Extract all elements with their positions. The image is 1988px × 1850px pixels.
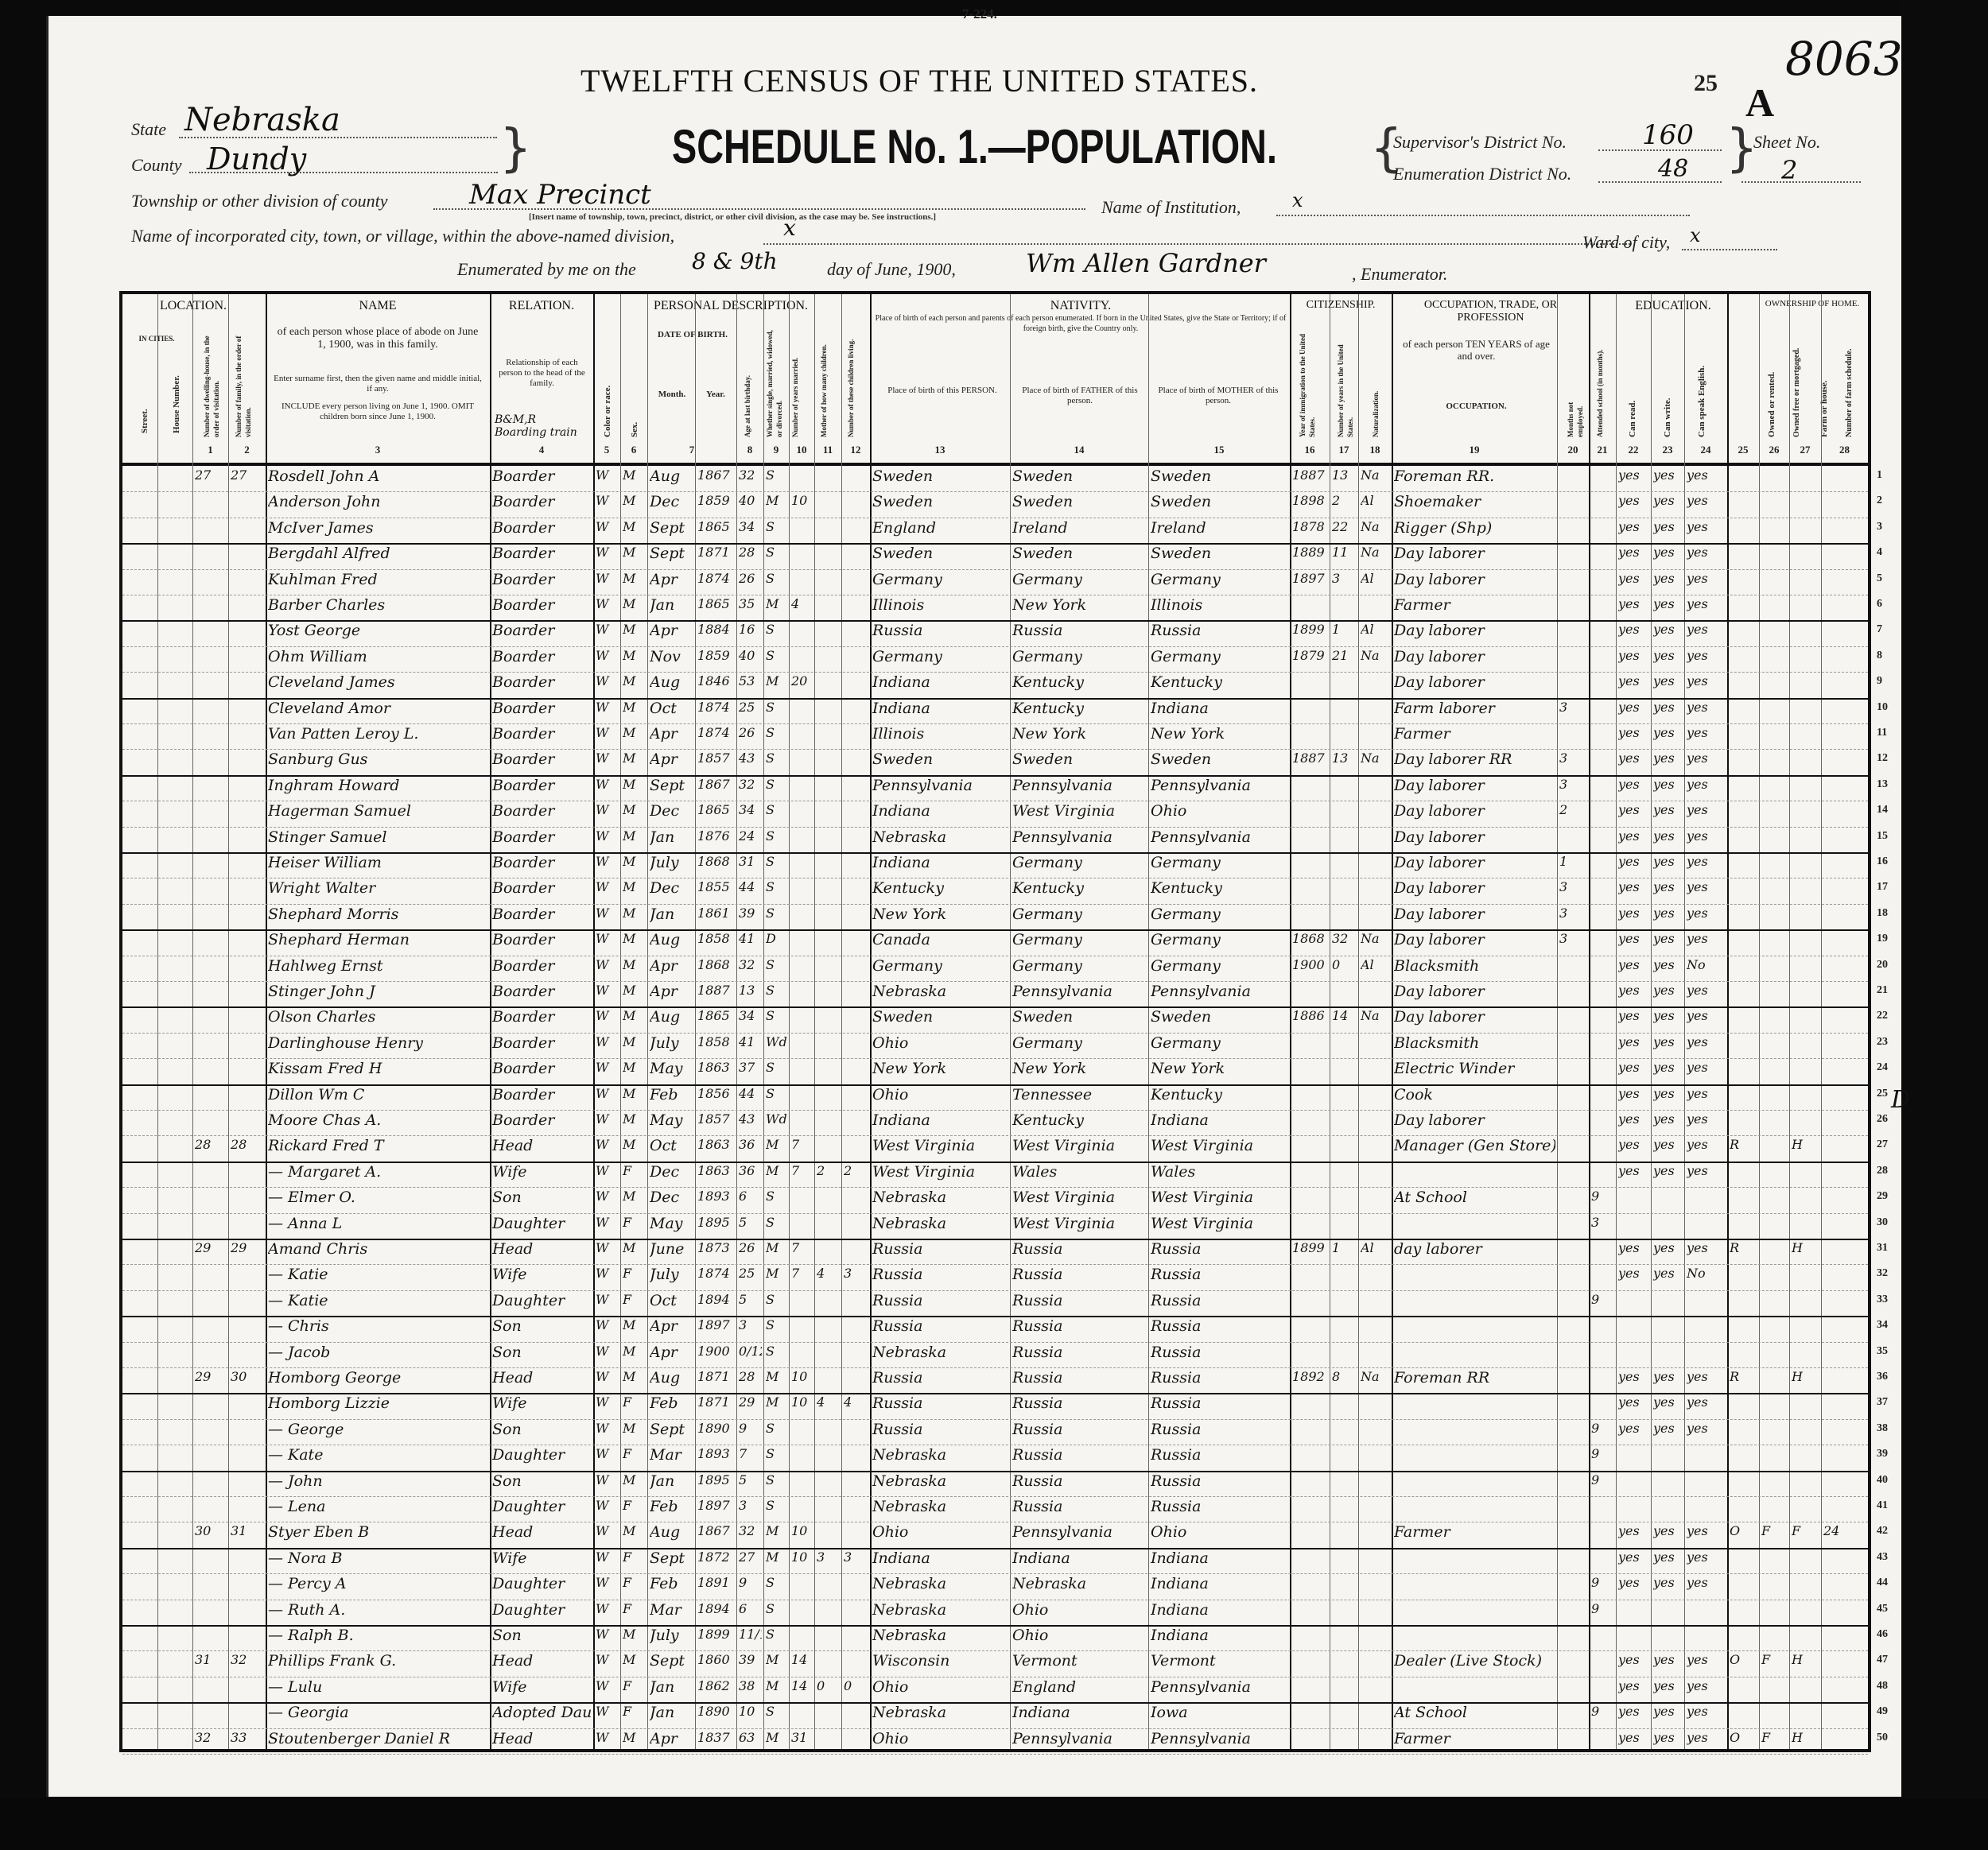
cell-school: 3 (1591, 1215, 1614, 1230)
cell-color: W (596, 879, 619, 894)
cell-age: 27 (739, 1549, 762, 1565)
cell-english: yes (1687, 1549, 1726, 1565)
cell-birth-person: New York (872, 1060, 1008, 1077)
cell-year: 1899 (697, 1627, 735, 1642)
cell-age: 13 (739, 983, 762, 998)
naturalization-header: Naturalization. (1371, 358, 1380, 437)
cell-birth-mother: Russia (1151, 1369, 1288, 1387)
cell-marital: S (766, 1189, 787, 1204)
cell-relation: Boarder (492, 467, 592, 485)
line-number: 27 (1877, 1138, 1888, 1151)
cell-read: yes (1618, 1369, 1649, 1384)
county-value: Dundy (207, 142, 306, 176)
cell-month: Jan (650, 828, 693, 846)
cell-age: 40 (739, 648, 762, 663)
cell-school: 9 (1591, 1446, 1614, 1461)
month-header: Month. (649, 390, 695, 400)
line-number: 31 (1877, 1242, 1888, 1255)
cell-occupation: Day laborer (1394, 648, 1555, 665)
cell-occupation: At School (1394, 1189, 1555, 1206)
cell-yrs-us: 3 (1332, 571, 1357, 586)
cell-birth-father: New York (1012, 596, 1147, 614)
cell-birth-mother: Iowa (1151, 1704, 1288, 1721)
cell-write: yes (1653, 725, 1683, 740)
cell-month: Sept (650, 1421, 693, 1438)
cell-occupation: Day laborer (1394, 854, 1555, 871)
cell-birth-father: Kentucky (1012, 700, 1147, 717)
cell-age: 24 (739, 828, 762, 844)
cell-year: 1884 (697, 622, 735, 637)
cell-sex: F (623, 1215, 646, 1230)
cell-name: — Nora B (268, 1549, 488, 1567)
years-married-header: Number of years married. (790, 326, 800, 437)
cell-color: W (596, 1730, 619, 1745)
cell-read: yes (1618, 1575, 1649, 1590)
nativity-description: Place of birth of each person and parent… (874, 313, 1287, 334)
cell-sex: M (623, 1189, 646, 1204)
cell-name: Rosdell John A (268, 467, 488, 485)
cell-birth-father: Sweden (1012, 750, 1147, 768)
cell-occupation: Dealer (Live Stock) (1394, 1652, 1555, 1670)
cell-sex: F (623, 1704, 646, 1719)
cell-month: Jan (650, 1678, 693, 1696)
cell-color: W (596, 1498, 619, 1513)
can-speak-english-header: Can speak English. (1697, 342, 1706, 437)
cell-year: 1861 (697, 906, 735, 921)
cell-occupation: Cook (1394, 1086, 1555, 1103)
cell-month: Feb (650, 1394, 693, 1412)
table-row: — LuluWifeWFJan186238M1400OhioEnglandPen… (122, 1677, 1868, 1704)
cell-yrs-married: 10 (791, 493, 813, 508)
cell-color: W (596, 1317, 619, 1332)
cell-sex: M (623, 1240, 646, 1255)
cell-birth-person: Pennsylvania (872, 777, 1008, 794)
cell-sex: M (623, 622, 646, 637)
cell-sex: M (623, 1369, 646, 1384)
cell-birth-mother: Russia (1151, 1344, 1288, 1361)
cell-sex: M (623, 906, 646, 921)
cell-marital: S (766, 1627, 787, 1642)
cell-year: 1859 (697, 493, 735, 508)
cell-age: 43 (739, 750, 762, 766)
cell-month: Apr (650, 983, 693, 1000)
cell-write: yes (1653, 519, 1683, 534)
in-cities-header: IN CITIES. (122, 334, 191, 344)
cell-immig: 1892 (1292, 1369, 1328, 1384)
cell-occupation: Blacksmith (1394, 1034, 1555, 1052)
cell-marital: M (766, 1266, 787, 1281)
cell-month: Dec (650, 1189, 693, 1206)
cell-marital: S (766, 777, 787, 792)
relation-description: Relationship of each person to the head … (496, 358, 588, 389)
cell-school: 9 (1591, 1421, 1614, 1436)
cell-immig: 1898 (1292, 493, 1328, 508)
township-value: Max Precinct (469, 179, 651, 211)
column-number: 2 (228, 444, 266, 456)
cell-color: W (596, 1086, 619, 1101)
cell-relation: Boarder (492, 1086, 592, 1103)
cell-month: Oct (650, 700, 693, 717)
cell-read: yes (1618, 1421, 1649, 1436)
cell-sex: M (623, 493, 646, 508)
cell-birth-father: West Virginia (1012, 1215, 1147, 1232)
cell-month: Sept (650, 545, 693, 562)
cell-write: yes (1653, 1008, 1683, 1023)
column-number: 23 (1651, 444, 1684, 456)
population-table: LOCATION. NAME RELATION. PERSONAL DESCRI… (119, 291, 1871, 1752)
cell-marital: S (766, 725, 787, 740)
line-number: 3 (1877, 521, 1882, 533)
cell-color: W (596, 957, 619, 972)
group-education: EDUCATION. (1590, 299, 1757, 313)
line-number: 28 (1877, 1165, 1888, 1177)
table-row: Homborg LizzieWifeWFFeb187129M1044Russia… (122, 1393, 1868, 1419)
cell-occupation: Day laborer (1394, 571, 1555, 588)
cell-age: 41 (739, 931, 762, 946)
cell-relation: Boarder (492, 648, 592, 665)
cell-marital: M (766, 1137, 787, 1152)
cell-write: yes (1653, 571, 1683, 586)
cell-birth-father: Ohio (1012, 1601, 1147, 1619)
cell-birth-mother: Russia (1151, 1394, 1288, 1412)
cell-write: yes (1653, 673, 1683, 688)
cell-month: Oct (650, 1292, 693, 1309)
cell-sex: F (623, 1446, 646, 1461)
cell-age: 41 (739, 1034, 762, 1049)
cell-relation: Boarder (492, 1034, 592, 1052)
cell-birth-father: Pennsylvania (1012, 983, 1147, 1000)
cell-school: 9 (1591, 1601, 1614, 1616)
cell-write: yes (1653, 467, 1683, 483)
cell-write: yes (1653, 931, 1683, 946)
cell-write: yes (1653, 1575, 1683, 1590)
cell-age: 25 (739, 1266, 762, 1281)
cell-age: 63 (739, 1730, 762, 1745)
cell-age: 44 (739, 879, 762, 894)
cell-immig: 1900 (1292, 957, 1328, 972)
cell-name: — Ruth A. (268, 1601, 488, 1619)
cell-birth-mother: Sweden (1151, 467, 1288, 485)
cell-birth-mother: Indiana (1151, 1601, 1288, 1619)
cell-read: yes (1618, 571, 1649, 586)
cell-birth-mother: Germany (1151, 906, 1288, 923)
table-row: Hagerman SamuelBoarderWMDec186534SIndian… (122, 801, 1868, 827)
cell-relation: Son (492, 1344, 592, 1361)
cell-owned: O (1730, 1652, 1757, 1667)
cell-month: July (650, 854, 693, 871)
cell-sex: M (623, 1008, 646, 1023)
table-row: Olson CharlesBoarderWMAug186534SSwedenSw… (122, 1006, 1868, 1033)
cell-dwelling: 32 (195, 1730, 227, 1745)
cell-year: 1897 (697, 1498, 735, 1513)
table-row: 3233Stoutenberger Daniel RHeadWMApr18376… (122, 1728, 1868, 1755)
table-row: — Margaret A.WifeWFDec186336M722West Vir… (122, 1162, 1868, 1188)
cell-family: 31 (231, 1523, 264, 1538)
cell-month: Aug (650, 467, 693, 485)
cell-english: yes (1687, 622, 1726, 637)
cell-birth-mother: New York (1151, 725, 1288, 743)
ward-label: Ward of city, (1582, 232, 1670, 253)
line-number: 11 (1877, 727, 1887, 739)
cell-birth-father: New York (1012, 725, 1147, 743)
cell-birth-person: Russia (872, 1240, 1008, 1258)
cell-relation: Daughter (492, 1575, 592, 1592)
cell-write: yes (1653, 1704, 1683, 1719)
cell-year: 1872 (697, 1549, 735, 1565)
cell-occupation: Blacksmith (1394, 957, 1555, 975)
cell-name: Shephard Herman (268, 931, 488, 948)
cell-birth-mother: West Virginia (1151, 1215, 1288, 1232)
cell-marital: M (766, 1523, 787, 1538)
cell-birth-father: Nebraska (1012, 1575, 1147, 1592)
cell-birth-person: Ohio (872, 1086, 1008, 1103)
cell-name: Homborg Lizzie (268, 1394, 488, 1412)
cell-yrs-us: 8 (1332, 1369, 1357, 1384)
cell-month: Apr (650, 1344, 693, 1361)
table-row: — JohnSonWMJan18955SNebraskaRussiaRussia… (122, 1471, 1868, 1497)
cell-year: 1837 (697, 1730, 735, 1745)
cell-english: yes (1687, 700, 1726, 715)
table-row: — KateDaughterWFMar18937SNebraskaRussiaR… (122, 1445, 1868, 1472)
cell-nat: Na (1361, 519, 1390, 534)
name-instruction-1: Enter surname first, then the given name… (274, 374, 482, 394)
table-row: 3031Styer Eben BHeadWMAug186732M10OhioPe… (122, 1522, 1868, 1549)
stamp-number: 8063 (1785, 32, 1903, 86)
cell-relation: Son (492, 1189, 592, 1206)
cell-write: yes (1653, 1137, 1683, 1152)
cell-occupation: Farm laborer (1394, 700, 1555, 717)
cell-occupation: Day laborer (1394, 1111, 1555, 1129)
cell-english: yes (1687, 854, 1726, 869)
cell-color: W (596, 1549, 619, 1565)
cell-sex: F (623, 1549, 646, 1565)
cell-birth-person: Ohio (872, 1678, 1008, 1696)
cell-yrs-us: 32 (1332, 931, 1357, 946)
cell-month: Apr (650, 750, 693, 768)
column-number: 26 (1759, 444, 1789, 456)
cell-yrs-married: 20 (791, 673, 813, 688)
supervisor-label: Supervisor's District No. (1393, 132, 1567, 153)
cell-write: yes (1653, 622, 1683, 637)
cell-read: yes (1618, 983, 1649, 998)
brace-icon: } (499, 119, 532, 178)
cell-birth-person: Germany (872, 957, 1008, 975)
cell-marital: Wd (766, 1111, 787, 1127)
cell-yrs-married: 14 (791, 1678, 813, 1693)
cell-relation: Boarder (492, 931, 592, 948)
cell-english: yes (1687, 983, 1726, 998)
cell-age: 43 (739, 1111, 762, 1127)
cell-name: Bergdahl Alfred (268, 545, 488, 562)
cell-color: W (596, 828, 619, 844)
column-number: 14 (1010, 444, 1148, 456)
cell-occupation: Shoemaker (1394, 493, 1555, 510)
enumerator-name: Wm Allen Gardner (1026, 248, 1266, 278)
cell-birth-mother: Indiana (1151, 700, 1288, 717)
birth-mother-header: Place of birth of MOTHER of this person. (1150, 386, 1287, 406)
cell-color: W (596, 1215, 619, 1230)
cell-name: Kissam Fred H (268, 1060, 488, 1077)
cell-farm: H (1792, 1730, 1819, 1745)
cell-birth-person: England (872, 519, 1008, 537)
cell-color: W (596, 1446, 619, 1461)
cell-birth-person: Ohio (872, 1523, 1008, 1541)
cell-sex: M (623, 1137, 646, 1152)
cell-marital: M (766, 1549, 787, 1565)
cell-color: W (596, 931, 619, 946)
cell-write: yes (1653, 983, 1683, 998)
cell-name: — Katie (268, 1266, 488, 1283)
ward-value: x (1690, 224, 1701, 246)
cell-english: yes (1687, 1523, 1726, 1538)
cell-dwelling: 30 (195, 1523, 227, 1538)
cell-color: W (596, 802, 619, 817)
cell-english: yes (1687, 673, 1726, 688)
cell-name: Anderson John (268, 493, 488, 510)
cell-relation: Wife (492, 1266, 592, 1283)
cell-english: No (1687, 957, 1726, 972)
enumerated-label: Enumerated by me on the (457, 259, 636, 280)
cell-marital: M (766, 596, 787, 611)
cell-year: 1863 (697, 1163, 735, 1178)
cell-occupation: At School (1394, 1704, 1555, 1721)
cell-birth-father: Sweden (1012, 1008, 1147, 1026)
cell-read: yes (1618, 700, 1649, 715)
cell-yrs-us: 22 (1332, 519, 1357, 534)
cell-name: Hahlweg Ernst (268, 957, 488, 975)
cell-age: 28 (739, 545, 762, 560)
cell-year: 1867 (697, 467, 735, 483)
table-row: — Elmer O.SonWMDec18936SNebraskaWest Vir… (122, 1187, 1868, 1213)
can-read-header: Can read. (1628, 390, 1637, 437)
cell-year: 1865 (697, 596, 735, 611)
cell-relation: Boarder (492, 879, 592, 897)
column-number: 11 (814, 444, 841, 456)
cell-marital: M (766, 1240, 787, 1255)
attended-school-header: Attended school (in months). (1595, 342, 1605, 437)
cell-relation: Boarder (492, 725, 592, 743)
line-number: 10 (1877, 701, 1888, 714)
cell-free: F (1761, 1730, 1788, 1745)
cell-birth-mother: Wales (1151, 1163, 1288, 1181)
cell-english: yes (1687, 493, 1726, 508)
cell-age: 5 (739, 1472, 762, 1487)
cell-color: W (596, 1472, 619, 1487)
cell-month: Aug (650, 1008, 693, 1026)
table-row: McIver JamesBoarderWMSept186534SEnglandI… (122, 518, 1868, 545)
cell-occupation: Day laborer (1394, 777, 1555, 794)
cell-owned: R (1730, 1137, 1757, 1152)
cell-english: yes (1687, 1111, 1726, 1127)
sheet-line (1741, 181, 1861, 183)
cell-relation: Daughter (492, 1215, 592, 1232)
cell-month: Feb (650, 1498, 693, 1515)
cell-read: yes (1618, 467, 1649, 483)
cell-year: 1862 (697, 1678, 735, 1693)
cell-dwelling: 29 (195, 1240, 227, 1255)
cell-marital: S (766, 1498, 787, 1513)
cell-write: yes (1653, 596, 1683, 611)
cell-relation: Head (492, 1730, 592, 1747)
cell-relation: Boarder (492, 700, 592, 717)
cell-name: Moore Chas A. (268, 1111, 488, 1129)
column-number: 20 (1557, 444, 1589, 456)
table-row: Stinger SamuelBoarderWMJan187624SNebrask… (122, 827, 1868, 854)
column-number: 15 (1148, 444, 1290, 456)
cell-immig: 1887 (1292, 750, 1328, 766)
cell-year: 1871 (697, 1369, 735, 1384)
cell-birth-mother: Germany (1151, 931, 1288, 948)
cell-immig: 1899 (1292, 1240, 1328, 1255)
occupation-description: of each person TEN YEARS of age and over… (1395, 338, 1558, 362)
table-row: Bergdahl AlfredBoarderWMSept187128SSwede… (122, 543, 1868, 569)
cell-occupation: Manager (Gen Store) (1394, 1137, 1555, 1154)
line-number: 18 (1877, 907, 1888, 920)
cell-sex: M (623, 957, 646, 972)
cell-birth-person: Nebraska (872, 1215, 1008, 1232)
cell-birth-person: Germany (872, 571, 1008, 588)
cell-immig: 1897 (1292, 571, 1328, 586)
cell-birth-mother: Indiana (1151, 1575, 1288, 1592)
cell-color: W (596, 1627, 619, 1642)
enumeration-label: Enumeration District No. (1393, 164, 1571, 184)
cell-english: yes (1687, 648, 1726, 663)
cell-birth-father: Russia (1012, 1498, 1147, 1515)
cell-age: 38 (739, 1678, 762, 1693)
cell-color: W (596, 854, 619, 869)
enumerated-month-label: day of June, 1900, (827, 259, 956, 280)
farm-schedule-header: Number of farm schedule. (1845, 326, 1854, 437)
cell-birth-person: Ohio (872, 1034, 1008, 1052)
cell-age: 53 (739, 673, 762, 688)
cell-birth-mother: Russia (1151, 1498, 1288, 1515)
cell-occupation: Day laborer (1394, 802, 1555, 820)
cell-color: W (596, 1678, 619, 1693)
cell-occupation: Day laborer (1394, 673, 1555, 691)
cell-read: yes (1618, 1060, 1649, 1075)
table-row: Ohm WilliamBoarderWMNov185940SGermanyGer… (122, 646, 1868, 673)
cell-name: — Elmer O. (268, 1189, 488, 1206)
cell-color: W (596, 1292, 619, 1307)
cell-write: yes (1653, 1086, 1683, 1101)
cell-living: 3 (844, 1266, 868, 1281)
cell-color: W (596, 1008, 619, 1023)
line-number: 47 (1877, 1654, 1888, 1666)
cell-english: yes (1687, 725, 1726, 740)
table-row: — GeorgiaAdopted DaughterWFJan189010SNeb… (122, 1702, 1868, 1728)
cell-birth-mother: Russia (1151, 1421, 1288, 1438)
cell-sex: M (623, 931, 646, 946)
cell-relation: Boarder (492, 622, 592, 639)
cell-family: 30 (231, 1369, 264, 1384)
cell-birth-person: West Virginia (872, 1163, 1008, 1181)
cell-birth-person: Russia (872, 1421, 1008, 1438)
cell-write: yes (1653, 545, 1683, 560)
cell-write: yes (1653, 1163, 1683, 1178)
cell-yrs-married: 7 (791, 1266, 813, 1281)
table-row: Moore Chas A.BoarderWMMay185743WdIndiana… (122, 1110, 1868, 1136)
cell-color: W (596, 1601, 619, 1616)
cell-birth-person: Sweden (872, 545, 1008, 562)
column-number: 28 (1821, 444, 1868, 456)
table-row: — Ralph B.SonWMJuly189911/12SNebraskaOhi… (122, 1625, 1868, 1651)
cell-read: yes (1618, 879, 1649, 894)
cell-birth-father: Vermont (1012, 1652, 1147, 1670)
cell-family: 28 (231, 1137, 264, 1152)
cell-color: W (596, 1369, 619, 1384)
cell-yrs-us: 13 (1332, 750, 1357, 766)
line-number: 23 (1877, 1036, 1888, 1049)
